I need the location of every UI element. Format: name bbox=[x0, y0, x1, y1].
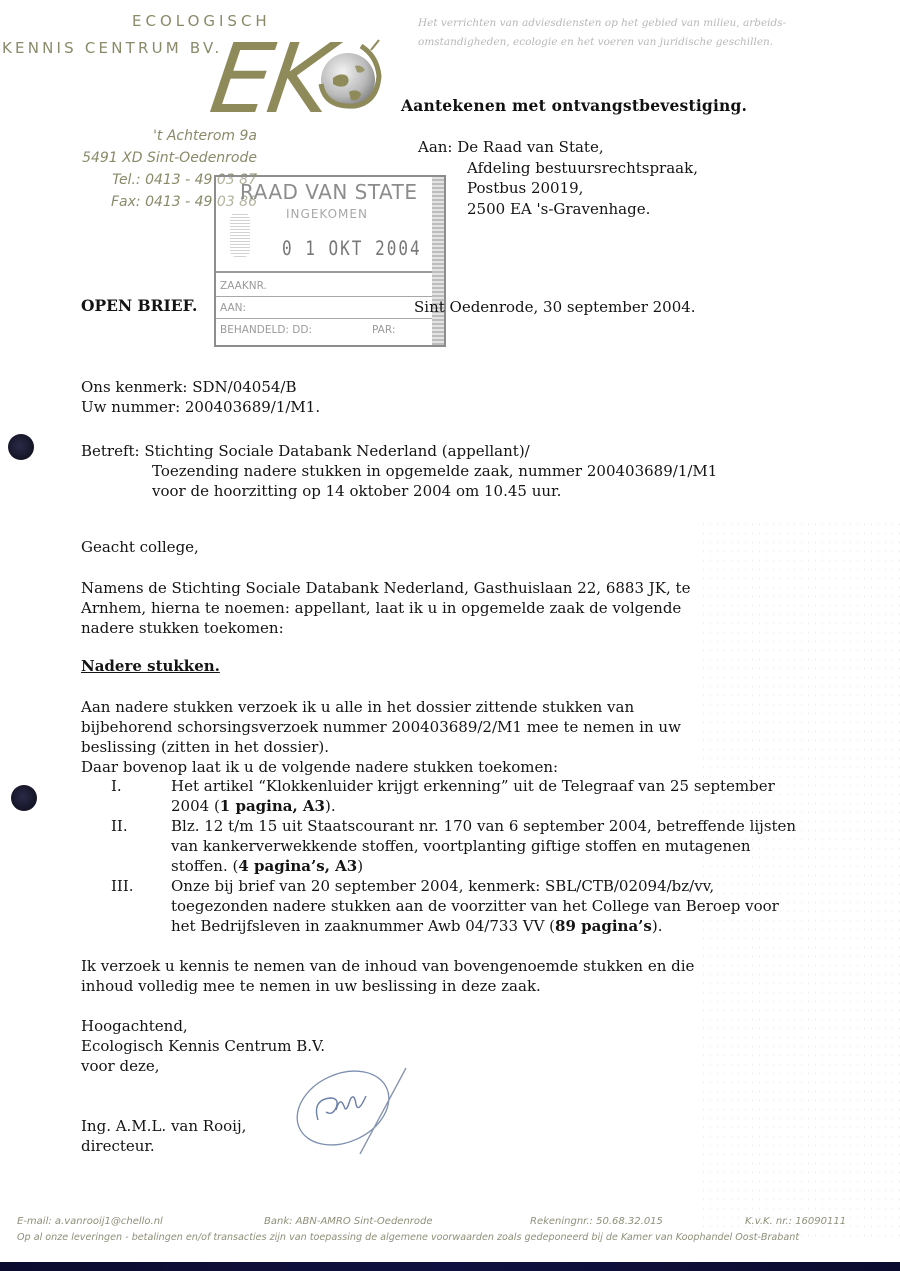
footer-chamber-of-commerce: K.v.K. nr.: 16090111 bbox=[745, 1216, 846, 1227]
section-heading: Nadere stukken. bbox=[81, 656, 220, 676]
delivery-note: Aantekenen met ontvangstbevestiging. bbox=[401, 96, 747, 115]
item-tail: ). bbox=[652, 917, 663, 935]
recipient-line4: 2500 EA 's-Gravenhage. bbox=[418, 199, 698, 220]
list-numeral: III. bbox=[81, 876, 171, 936]
scan-edge-bar bbox=[0, 1262, 900, 1271]
address-street: 't Achterom 9a bbox=[82, 125, 257, 147]
item-page-count: 89 pagina’s bbox=[555, 917, 652, 935]
place-and-date: Sint Oedenrode, 30 september 2004. bbox=[414, 297, 696, 317]
punch-hole bbox=[11, 785, 37, 811]
footer-email: E-mail: a.vanrooij1@chello.nl bbox=[17, 1216, 163, 1227]
our-reference: Ons kenmerk: SDN/04054/B bbox=[81, 377, 320, 397]
footer-terms: Op al onze leveringen - betalingen en/of… bbox=[17, 1232, 799, 1243]
greeting: Geacht college, bbox=[81, 537, 199, 557]
signer-name: Ing. A.M.L. van Rooij, bbox=[81, 1116, 246, 1136]
list-numeral: II. bbox=[81, 816, 171, 876]
company-tagline: Het verrichten van adviesdiensten op het… bbox=[418, 14, 786, 52]
footer-account-number: Rekeningnr.: 50.68.32.015 bbox=[530, 1216, 663, 1227]
subject-line3: voor de hoorzitting op 14 oktober 2004 o… bbox=[81, 481, 717, 501]
coat-of-arms-icon bbox=[230, 213, 250, 257]
closing-paragraph: Ik verzoek u kennis te nemen van de inho… bbox=[81, 956, 694, 996]
signer: Ing. A.M.L. van Rooij, directeur. bbox=[81, 1116, 246, 1156]
item-description: Onze bij brief van 20 september 2004, ke… bbox=[171, 877, 779, 935]
scan-noise bbox=[700, 520, 900, 1240]
paragraph-line3: beslissing (zitten in het dossier). bbox=[81, 737, 681, 757]
received-stamp: RAAD VAN STATE INGEKOMEN 0 1 OKT 2004 ZA… bbox=[214, 175, 446, 347]
recipient-line1: Aan: De Raad van State, bbox=[418, 137, 698, 158]
paragraph-line4: Daar bovenop laat ik u de volgende nader… bbox=[81, 757, 681, 777]
stamp-field-to: AAN: bbox=[216, 297, 434, 319]
stamp-subtitle: INGEKOMEN bbox=[286, 207, 368, 221]
stamp-field-case-label: ZAAKNR. bbox=[220, 280, 267, 292]
stamp-header: RAAD VAN STATE INGEKOMEN 0 1 OKT 2004 bbox=[216, 177, 434, 273]
recipient-block: Aan: De Raad van State, Afdeling bestuur… bbox=[418, 137, 698, 219]
footer-bank: Bank: ABN-AMRO Sint-Oedenrode bbox=[264, 1216, 433, 1227]
closing-line2: inhoud volledig mee te nemen in uw besli… bbox=[81, 976, 694, 996]
paragraph-line2: bijbehorend schorsingsverzoek nummer 200… bbox=[81, 717, 681, 737]
stamp-field-handled-label: BEHANDELD: DD: bbox=[220, 324, 312, 336]
recipient-line2: Afdeling bestuursrechtspraak, bbox=[418, 158, 698, 179]
item-tail: ). bbox=[325, 797, 336, 815]
paragraph-line1: Aan nadere stukken verzoek ik u alle in … bbox=[81, 697, 681, 717]
item-page-count: 1 pagina, A3 bbox=[220, 797, 325, 815]
punch-hole bbox=[8, 434, 34, 460]
salutation: Hoogachtend, bbox=[81, 1016, 325, 1036]
signing-company: Ecologisch Kennis Centrum B.V. bbox=[81, 1036, 325, 1056]
subject: Betreft: Stichting Sociale Databank Nede… bbox=[81, 441, 717, 501]
intro-line3: nadere stukken toekomen: bbox=[81, 618, 690, 638]
subject-line1: Betreft: Stichting Sociale Databank Nede… bbox=[81, 441, 717, 461]
letter-type: OPEN BRIEF. bbox=[81, 296, 197, 315]
documents-paragraph: Aan nadere stukken verzoek ik u alle in … bbox=[81, 697, 681, 777]
your-reference: Uw nummer: 200403689/1/M1. bbox=[81, 397, 320, 417]
subject-line2: Toezending nadere stukken in opgemelde z… bbox=[81, 461, 717, 481]
address-city: 5491 XD Sint-Oedenrode bbox=[82, 147, 257, 169]
list-item: I. Het artikel “Klokkenluider krijgt erk… bbox=[81, 776, 801, 816]
stamp-date: 0 1 OKT 2004 bbox=[282, 237, 422, 260]
stamp-field-initials-label: PAR: bbox=[372, 324, 395, 336]
closing-line1: Ik verzoek u kennis te nemen van de inho… bbox=[81, 956, 694, 976]
recipient-line3: Postbus 20019, bbox=[418, 178, 698, 199]
intro-line1: Namens de Stichting Sociale Databank Ned… bbox=[81, 578, 690, 598]
stamp-field-to-label: AAN: bbox=[220, 302, 246, 314]
intro-line2: Arnhem, hierna te noemen: appellant, laa… bbox=[81, 598, 690, 618]
signer-title: directeur. bbox=[81, 1136, 246, 1156]
list-item: II. Blz. 12 t/m 15 uit Staatscourant nr.… bbox=[81, 816, 801, 876]
tagline-line1: Het verrichten van adviesdiensten op het… bbox=[418, 14, 786, 33]
references: Ons kenmerk: SDN/04054/B Uw nummer: 2004… bbox=[81, 377, 320, 417]
tagline-line2: omstandigheden, ecologie en het voeren v… bbox=[418, 33, 786, 52]
item-tail: ) bbox=[357, 857, 363, 875]
handwritten-signature bbox=[288, 1058, 418, 1158]
intro-paragraph: Namens de Stichting Sociale Databank Ned… bbox=[81, 578, 690, 638]
list-numeral: I. bbox=[81, 776, 171, 816]
item-page-count: 4 pagina’s, A3 bbox=[238, 857, 357, 875]
stamp-edge bbox=[432, 177, 444, 345]
globe-icon bbox=[315, 38, 385, 118]
company-name-line2: KENNIS CENTRUM BV. bbox=[2, 39, 222, 57]
documents-list: I. Het artikel “Klokkenluider krijgt erk… bbox=[81, 776, 801, 936]
stamp-title: RAAD VAN STATE bbox=[240, 180, 418, 204]
list-item: III. Onze bij brief van 20 september 200… bbox=[81, 876, 801, 936]
stamp-field-handled: BEHANDELD: DD: PAR: bbox=[216, 319, 434, 341]
stamp-field-case: ZAAKNR. bbox=[216, 275, 434, 297]
